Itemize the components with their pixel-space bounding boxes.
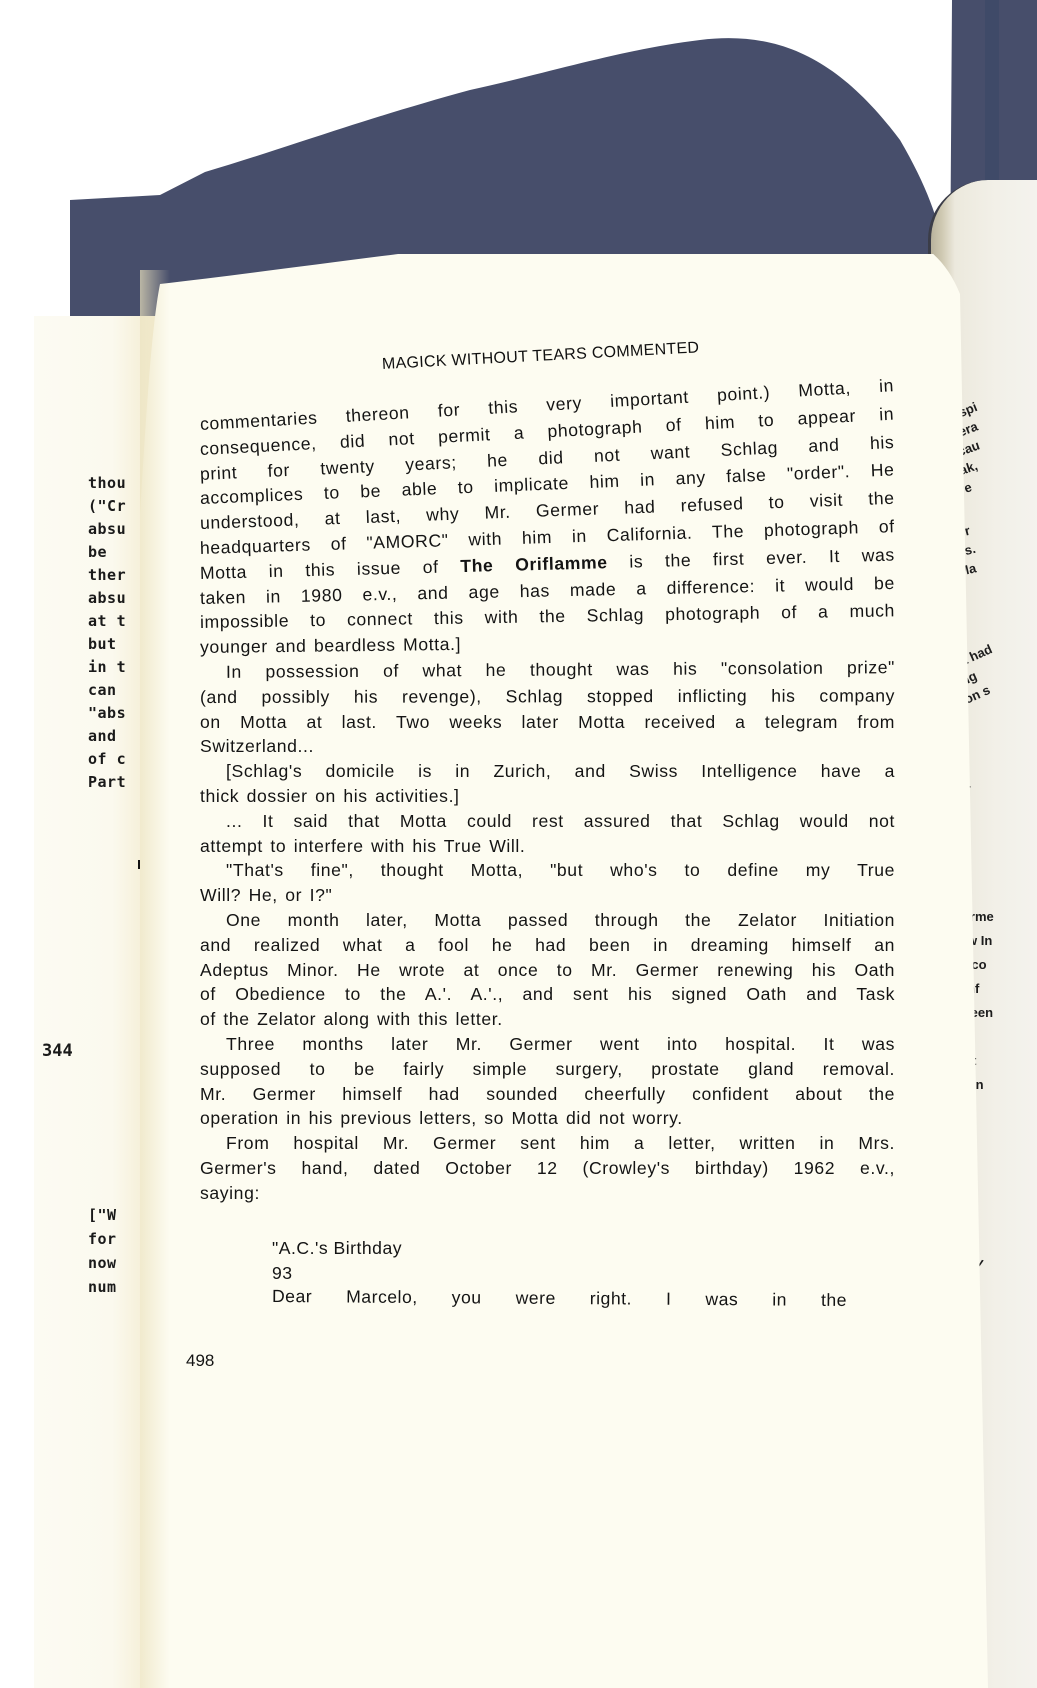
text-line: Switzerland... [200, 734, 895, 759]
text-line: (and possibly his revenge), Schlag stopp… [200, 683, 895, 709]
text-line: From hospital Mr. Germer sent him a lett… [200, 1131, 895, 1156]
text-line: Will? He, or I?" [200, 883, 895, 908]
text-line: operation in his previous letters, so Mo… [200, 1106, 895, 1131]
text-line: of Obedience to the A.'. A.'., and sent … [200, 982, 895, 1007]
quoted-letter: "A.C.'s Birthday 93 Dear Marcelo, you we… [272, 1236, 847, 1311]
text-line: Three months later Mr. Germer went into … [200, 1032, 895, 1057]
text-line: In possession of what he thought was his… [200, 655, 895, 685]
gutter-shade [140, 270, 170, 1688]
text-line: of the Zelator along with this letter. [200, 1007, 895, 1032]
page-number: 498 [186, 1351, 214, 1371]
text-line: ... It said that Motta could rest assure… [200, 809, 895, 834]
text-line: Adeptus Minor. He wrote at once to Mr. G… [200, 958, 895, 983]
text-line: thick dossier on his activities.] [200, 784, 895, 809]
text-line: Germer's hand, dated October 12 (Crowley… [200, 1156, 895, 1181]
text-line: and realized what a fool he had been in … [200, 933, 895, 958]
text-line: on Motta at last. Two weeks later Motta … [200, 710, 895, 735]
text-line: [Schlag's domicile is in Zurich, and Swi… [200, 759, 895, 784]
text-line: Mr. Germer himself had sounded cheerfull… [200, 1082, 895, 1107]
text-line: One month later, Motta passed through th… [200, 908, 895, 933]
previous-page-number: 344 [42, 1041, 73, 1061]
letter-line: "A.C.'s Birthday [272, 1236, 847, 1261]
text-line: saying: [200, 1181, 895, 1206]
body-text: commentaries thereon for this very impor… [200, 412, 895, 1206]
journal-title: The Oriflamme [460, 552, 608, 576]
text-line: supposed to be fairly simple surgery, pr… [200, 1057, 895, 1082]
text-line: attempt to interfere with his True Will. [200, 834, 895, 859]
text-line: "That's fine", thought Motta, "but who's… [200, 858, 895, 883]
letter-line: 93 [272, 1261, 847, 1286]
letter-line: Dear Marcelo, you were right. I was in t… [272, 1284, 847, 1313]
